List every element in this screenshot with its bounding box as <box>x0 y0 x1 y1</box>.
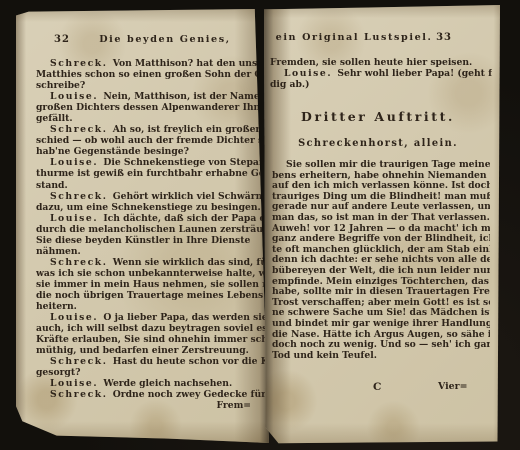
text-line: Louise. Sehr wohl lieber Papa! (geht fre… <box>270 68 492 79</box>
book-scan: 32 Die beyden Genies, Schreck. Von Matth… <box>0 0 520 450</box>
text-line: doch noch zu wenig. Und so — seh' ich ga… <box>272 340 490 351</box>
text-line: heitern. <box>36 301 265 312</box>
right-text-block-monologue: Sie sollen mir die traurigen Tage meines… <box>272 160 490 361</box>
right-page-number: 33 <box>436 32 452 43</box>
text-line: gesorgt? <box>36 367 265 378</box>
scene-direction: Schreckenhorst, allein. <box>256 138 500 149</box>
text-line: sie immer in mein Haus nehmen, sie solle… <box>36 279 265 290</box>
text-line: Tod und kein Teufel. <box>272 351 490 362</box>
speaker-name: Louise. <box>50 378 100 389</box>
text-line: schied — ob wohl auch der fremde Dichter… <box>36 135 265 146</box>
text-line: Fremden, sie sollen heute hier speisen. <box>270 57 492 68</box>
text-line: und bindet mir gar wenige ihrer Handlung… <box>272 319 490 330</box>
text-line: Schreck. Gehört wirklich viel Schwärmere… <box>36 191 265 202</box>
text-line: Louise. Nein, Matthison, ist der Name de… <box>36 91 265 102</box>
text-line: durch die melancholischen Launen zersträ… <box>36 224 265 235</box>
speaker-name: Schreck. <box>50 257 110 268</box>
text-line: dazu, um eine Schnekenstiege zu besingen… <box>36 202 265 213</box>
signature-row: C Vier= <box>256 381 506 393</box>
text-line: Schreck. Wenn sie wirklich das sind, für <box>36 257 265 268</box>
text-line: schreibe? <box>36 80 265 91</box>
left-page-number: 32 <box>54 34 70 45</box>
text-line: Louise. Werde gleich nachsehen. <box>36 378 265 389</box>
text-line: Sie diese beyden Künstler in Ihre Dienst… <box>36 235 265 246</box>
speaker-name: Schreck. <box>50 58 110 69</box>
text-line: Schreck. Hast du heute schon vor die Küc… <box>36 356 265 367</box>
text-line: Louise. Die Schnekenstiege von Stepans= <box>36 157 265 168</box>
speaker-name: Schreck. <box>50 191 110 202</box>
text-line: Kräfte erlauben, Sie sind ohnehin immer … <box>36 334 265 345</box>
speaker-name: Schreck. <box>50 124 110 135</box>
text-line: denn ich dachte: er sehe nichts von alle… <box>272 255 490 266</box>
scene-heading: Dritter Auftritt. <box>256 109 500 124</box>
left-page: 32 Die beyden Genies, Schreck. Von Matth… <box>16 9 270 443</box>
left-text-block: Schreck. Von Matthison? hat den unserMat… <box>36 58 265 412</box>
text-line: Louise. O ja lieber Papa, das werden sie <box>36 312 265 323</box>
text-line: ne schwere Sache um Sie! das Mädchen ist… <box>272 308 490 319</box>
speaker-name: Schreck. <box>50 356 110 367</box>
text-line: empfinde. Mein einziges Töchterchen, das… <box>272 277 490 288</box>
text-line: trauriges Ding um die Blindheit! man muß… <box>272 192 490 203</box>
text-line: dig ab.) <box>270 79 492 90</box>
text-line: auf den ich mich verlassen könne. Ist do… <box>272 181 490 192</box>
text-line: Auweh! vor 12 Jahren — o da macht' ich m… <box>272 224 490 235</box>
speaker-name: Louise. <box>50 213 100 224</box>
text-line: was ich sie schon unbekannterweise halte… <box>36 268 265 279</box>
text-line: man das, so ist man in der That verlasse… <box>272 213 490 224</box>
text-line: te oft manchen glücklich, der am Stab ei… <box>272 245 490 256</box>
text-line: die Nase. Hätte ich Argus Augen, so sähe… <box>272 330 490 341</box>
speaker-name: Schreck. <box>50 389 110 400</box>
text-line: ganz andere Begriffe von der Blindheit, … <box>272 234 490 245</box>
right-running-head: ein Original Lustspiel. 33 <box>272 32 494 43</box>
text-line: Schreck. Von Matthison? hat den unser <box>36 58 265 69</box>
speaker-name: Louise. <box>284 68 334 79</box>
text-line: müthig, und bedarfen einer Zerstreuung. <box>36 345 265 356</box>
text-line: bens erheitern, habe ohnehin Niemanden u… <box>272 171 490 182</box>
text-line: hab'ne Gegenstände besinge? <box>36 146 265 157</box>
text-line: Frem= <box>36 400 265 411</box>
text-line: thurme ist gewiß ein furchtbahr erhabne … <box>36 168 265 179</box>
right-page: ein Original Lustspiel. 33 Fremden, sie … <box>256 5 506 445</box>
text-line: die noch übrigen Trauertage meines Leben… <box>36 290 265 301</box>
right-running-title: ein Original Lustspiel. <box>272 32 436 43</box>
left-running-head: 32 Die beyden Genies, <box>38 34 260 45</box>
text-line: habe, sollte mir in diesen Trauertagen F… <box>272 287 490 298</box>
speaker-name: Louise. <box>50 91 100 102</box>
text-line: Schreck. Ah so, ist freylich ein großer … <box>36 124 265 135</box>
text-line: bübereyen der Welt, die ich nun leider n… <box>272 266 490 277</box>
right-text-block-top: Fremden, sie sollen heute hier speisen.L… <box>270 57 492 90</box>
text-line: großen Dichters dessen Alpenwanderer Ihn… <box>36 102 265 113</box>
text-line: nähmen. <box>36 246 265 257</box>
speaker-name: Louise. <box>50 312 100 323</box>
text-line: gefällt. <box>36 113 265 124</box>
text-line: Schreck. Ordne noch zwey Gedecke für die <box>36 389 265 400</box>
text-line: auch, ich will selbst dazu beytragen sov… <box>36 323 265 334</box>
text-line: Louise. Ich dächte, daß sich der Papa da… <box>36 213 265 224</box>
left-running-title: Die beyden Genies, <box>70 34 260 45</box>
text-line: stand. <box>36 180 265 191</box>
speaker-name: Louise. <box>50 157 100 168</box>
signature-mark: C <box>373 381 381 393</box>
text-line: gerade nur auf andere Leute verlassen, u… <box>272 202 490 213</box>
text-line: Trost verschaffen; aber mein Gott! es is… <box>272 298 490 309</box>
text-line: Sie sollen mir die traurigen Tage meines… <box>272 160 490 171</box>
right-catchword: Vier= <box>438 381 467 392</box>
text-line: Matthies schon so einen großen Sohn der … <box>36 69 265 80</box>
